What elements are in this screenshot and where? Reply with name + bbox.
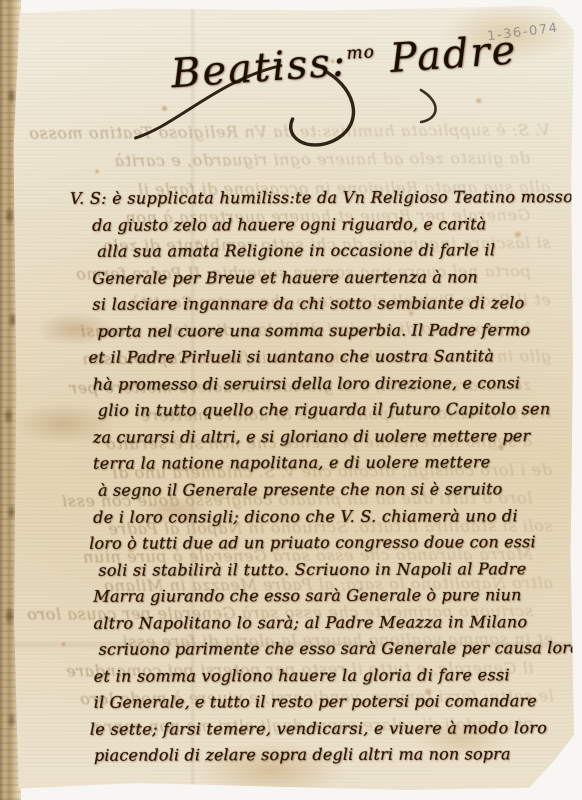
salutation-superscript: mo bbox=[346, 42, 376, 64]
manuscript-line: loro ò tutti due ad un priuato congresso… bbox=[69, 529, 555, 557]
manuscript-line: hà promesso di seruirsi della loro direz… bbox=[69, 370, 555, 398]
manuscript-line: scriuono parimente che esso sarà General… bbox=[70, 635, 556, 663]
manuscript-line: à segno il Generale presente che non si … bbox=[69, 476, 555, 504]
manuscript-line: soli si stabilirà il tutto. Scriuono in … bbox=[69, 556, 555, 584]
manuscript-page: V. S: è supplicata humiliss:te da Vn Rel… bbox=[13, 6, 574, 794]
manuscript-line: et in somma vogliono hauere la gloria di… bbox=[70, 662, 556, 690]
salutation-rest: Padre bbox=[388, 27, 518, 82]
manuscript-line: il Generale, e tutto il resto per poters… bbox=[70, 689, 556, 717]
manuscript-line: terra la natione napolitana, e di uolere… bbox=[69, 450, 555, 478]
manuscript-line: Generale per Breue et hauere auertenza à… bbox=[68, 264, 554, 292]
manuscript-line: glio in tutto quello che riguarda il fut… bbox=[69, 397, 555, 425]
manuscript-line: de i loro consigli; dicono che V. S. chi… bbox=[69, 503, 555, 531]
manuscript-line: V. S: è supplicata humiliss:te da Vn Rel… bbox=[68, 184, 554, 212]
manuscript-line: alla sua amata Religione in occasione di… bbox=[68, 237, 554, 265]
manuscript-line: le sette; farsi temere, vendicarsi, e vi… bbox=[70, 715, 556, 743]
letter-body: V. S: è supplicata humiliss:te da Vn Rel… bbox=[68, 184, 556, 770]
salutation-heading: Beatiss:mo Padre bbox=[127, 16, 486, 175]
manuscript-line: altro Napolitano lo sarà; al Padre Meazz… bbox=[69, 609, 555, 637]
manuscript-line: za curarsi di altri, e si gloriano di uo… bbox=[69, 423, 555, 451]
manuscript-line: Marra giurando che esso sarà Generale ò … bbox=[69, 582, 555, 610]
manuscript-line: piacendoli di zelare sopra degli altri m… bbox=[70, 742, 556, 770]
manuscript-line: si lasciare ingannare da chi sotto sembi… bbox=[68, 290, 554, 318]
manuscript-line: da giusto zelo ad hauere ogni riguardo, … bbox=[68, 211, 554, 239]
manuscript-line: et il Padre Pirlueli si uantano che uost… bbox=[69, 343, 555, 371]
manuscript-scan: V. S: è supplicata humiliss:te da Vn Rel… bbox=[0, 0, 582, 800]
manuscript-line: porta nel cuore una somma superbia. Il P… bbox=[68, 317, 554, 345]
